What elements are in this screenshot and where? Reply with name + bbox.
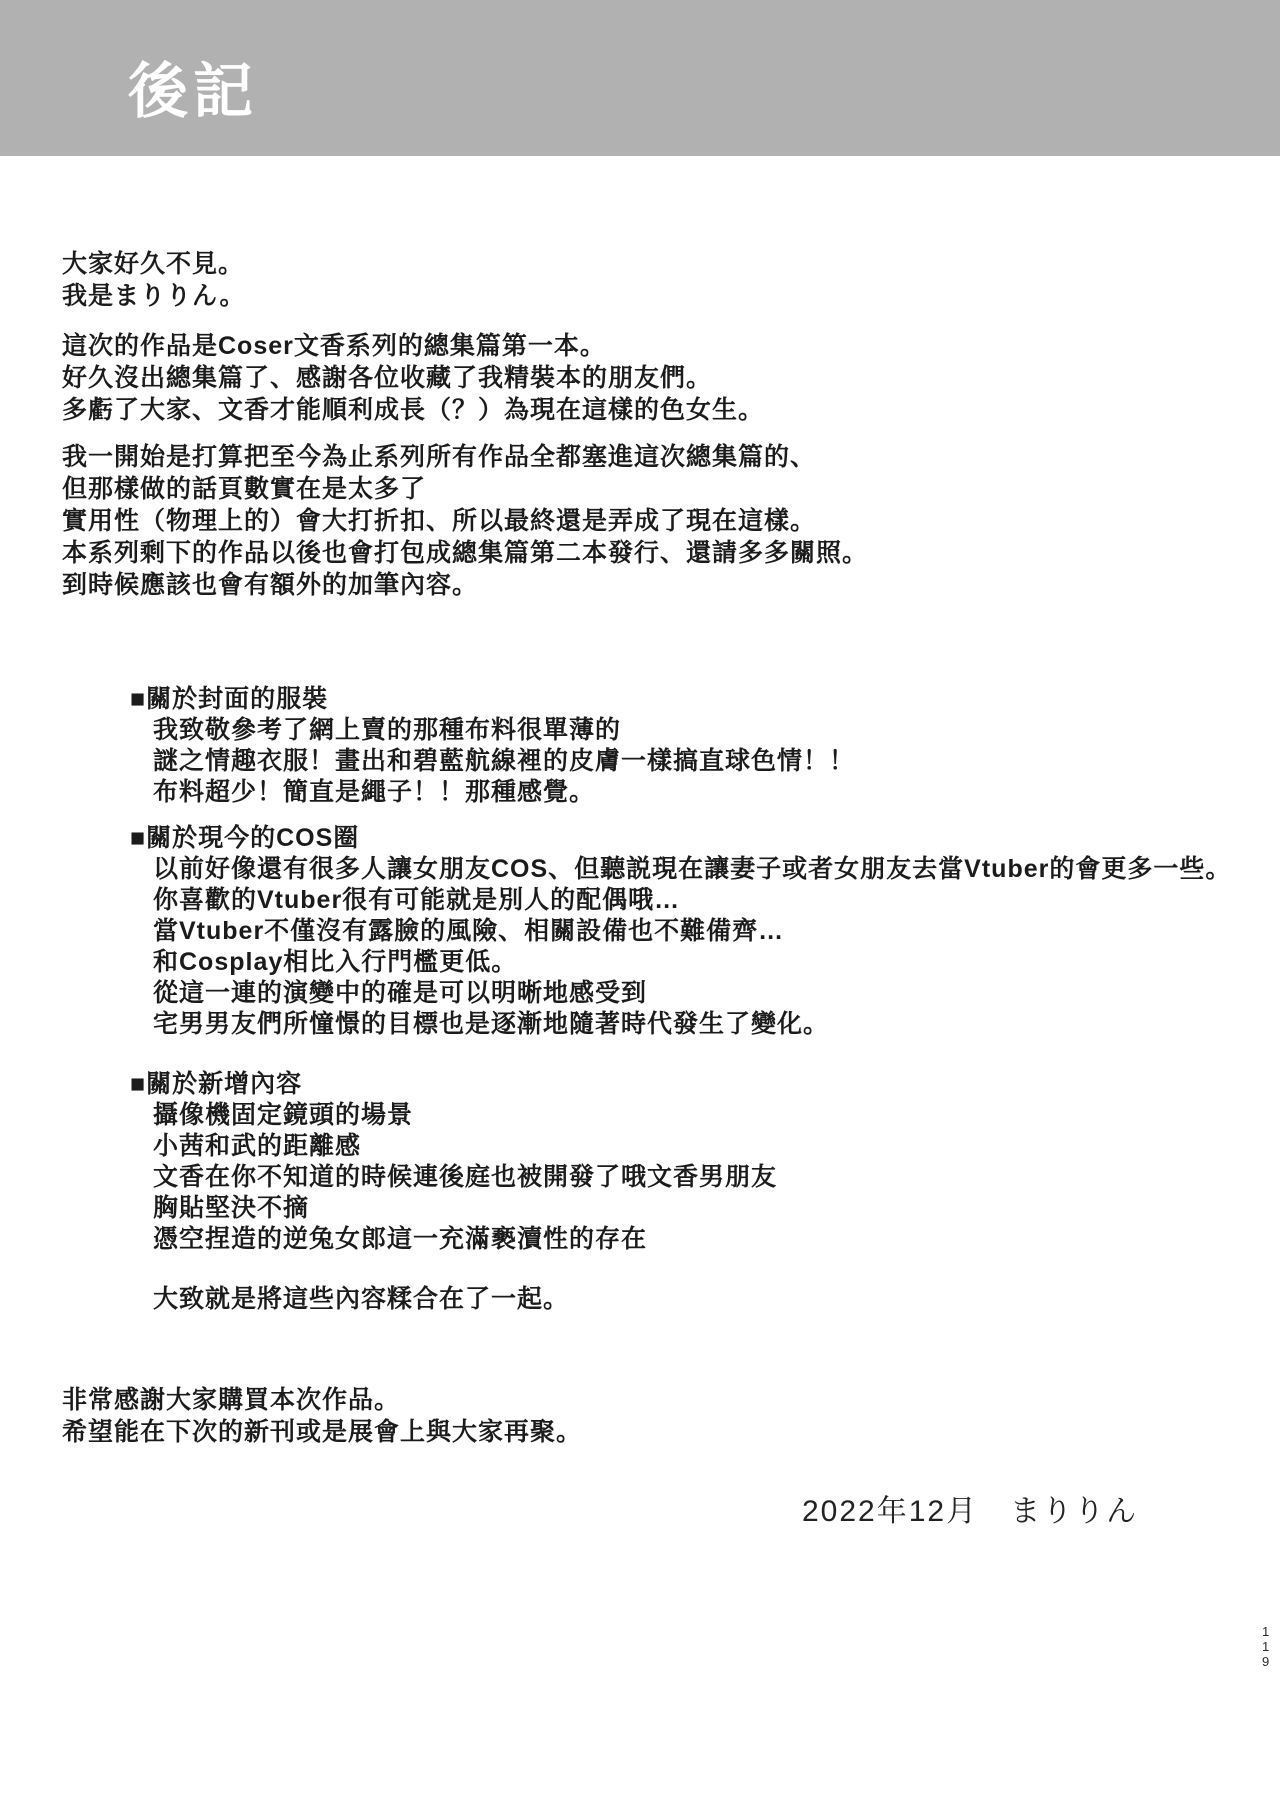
- text-line: 以前好像還有很多人讓女朋友COS、但聽説現在讓妻子或者女朋友去當Vtuber的會…: [153, 854, 1231, 885]
- text-line: 我致敬參考了網上賣的那種布料很單薄的: [153, 715, 855, 746]
- section-summary: 大致就是將這些內容糅合在了一起。: [153, 1284, 777, 1315]
- signature-date-author: 2022年12月 まりりん: [802, 1486, 1138, 1530]
- text-line: 希望能在下次的新刊或是展會上與大家再聚。: [62, 1416, 582, 1448]
- text-line: 大家好久不見。: [62, 248, 246, 280]
- text-line: 但那樣做的話頁數實在是太多了: [62, 473, 868, 505]
- intro-planning: 我一開始是打算把至今為止系列所有作品全都塞進這次總集篇的、 但那樣做的話頁數實在…: [62, 441, 868, 601]
- text-line: 到時候應該也會有額外的加筆內容。: [62, 569, 868, 601]
- text-line: 多虧了大家、文香才能順利成長（？）為現在這樣的色女生。: [62, 394, 764, 426]
- section-body: 我致敬參考了網上賣的那種布料很單薄的 謎之情趣衣服！畫出和碧藍航線裡的皮膚一樣搞…: [130, 715, 855, 808]
- page-title: 後記: [128, 44, 258, 130]
- text-line: 當Vtuber不僅沒有露臉的風險、相關設備也不難備齊…: [153, 916, 1231, 947]
- section-cos-scene: ■關於現今的COS圈 以前好像還有很多人讓女朋友COS、但聽説現在讓妻子或者女朋…: [130, 823, 1231, 1040]
- section-new-content: ■關於新增內容 攝像機固定鏡頭的場景 小茜和武的距離感 文香在你不知道的時候連後…: [130, 1069, 777, 1315]
- text-line: 好久沒出總集篇了、感謝各位收藏了我精裝本的朋友們。: [62, 362, 764, 394]
- page-header: 後記: [0, 0, 1280, 156]
- section-heading: ■關於新增內容: [130, 1069, 777, 1100]
- text-line: 非常感謝大家購買本次作品。: [62, 1384, 582, 1416]
- text-line: 文香在你不知道的時候連後庭也被開發了哦文香男朋友: [153, 1162, 777, 1193]
- text-line: 本系列剩下的作品以後也會打包成總集篇第二本發行、還請多多關照。: [62, 537, 868, 569]
- page-number-digit: 9: [1262, 1654, 1269, 1669]
- page-number-digit: 1: [1262, 1639, 1269, 1654]
- text-line: 攝像機固定鏡頭的場景: [153, 1100, 777, 1131]
- intro-about-book: 這次的作品是Coser文香系列的總集篇第一本。 好久沒出總集篇了、感謝各位收藏了…: [62, 330, 764, 426]
- text-line: 從這一連的演變中的確是可以明晰地感受到: [153, 978, 1231, 1009]
- section-body: 攝像機固定鏡頭的場景 小茜和武的距離感 文香在你不知道的時候連後庭也被開發了哦文…: [130, 1100, 777, 1315]
- text-line: 我一開始是打算把至今為止系列所有作品全都塞進這次總集篇的、: [62, 441, 868, 473]
- text-line: 這次的作品是Coser文香系列的總集篇第一本。: [62, 330, 764, 362]
- section-body: 以前好像還有很多人讓女朋友COS、但聽説現在讓妻子或者女朋友去當Vtuber的會…: [130, 854, 1231, 1040]
- page-number: 1 1 9: [1262, 1624, 1269, 1669]
- text-line: 和Cosplay相比入行門檻更低。: [153, 947, 1231, 978]
- section-heading: ■關於現今的COS圈: [130, 823, 1231, 854]
- section-cover-outfit: ■關於封面的服裝 我致敬參考了網上賣的那種布料很單薄的 謎之情趣衣服！畫出和碧藍…: [130, 684, 855, 808]
- text-line: 宅男男友們所憧憬的目標也是逐漸地隨著時代發生了變化。: [153, 1009, 1231, 1040]
- text-line: 實用性（物理上的）會大打折扣、所以最終還是弄成了現在這樣。: [62, 505, 868, 537]
- text-line: 謎之情趣衣服！畫出和碧藍航線裡的皮膚一樣搞直球色情！！: [153, 746, 855, 777]
- page-number-digit: 1: [1262, 1624, 1269, 1639]
- closing-thanks: 非常感謝大家購買本次作品。 希望能在下次的新刊或是展會上與大家再聚。: [62, 1384, 582, 1448]
- text-line: 你喜歡的Vtuber很有可能就是別人的配偶哦…: [153, 885, 1231, 916]
- afterword-page: 後記 大家好久不見。 我是まりりん。 這次的作品是Coser文香系列的總集篇第一…: [0, 0, 1280, 1807]
- text-line: 憑空捏造的逆兔女郎這一充滿褻瀆性的存在: [153, 1224, 777, 1255]
- text-line: 胸貼堅決不摘: [153, 1193, 777, 1224]
- text-line: 布料超少！簡直是繩子！！那種感覺。: [153, 777, 855, 808]
- text-line: 小茜和武的距離感: [153, 1131, 777, 1162]
- text-line: 我是まりりん。: [62, 280, 246, 312]
- section-heading: ■關於封面的服裝: [130, 684, 855, 715]
- intro-greeting: 大家好久不見。 我是まりりん。: [62, 248, 246, 312]
